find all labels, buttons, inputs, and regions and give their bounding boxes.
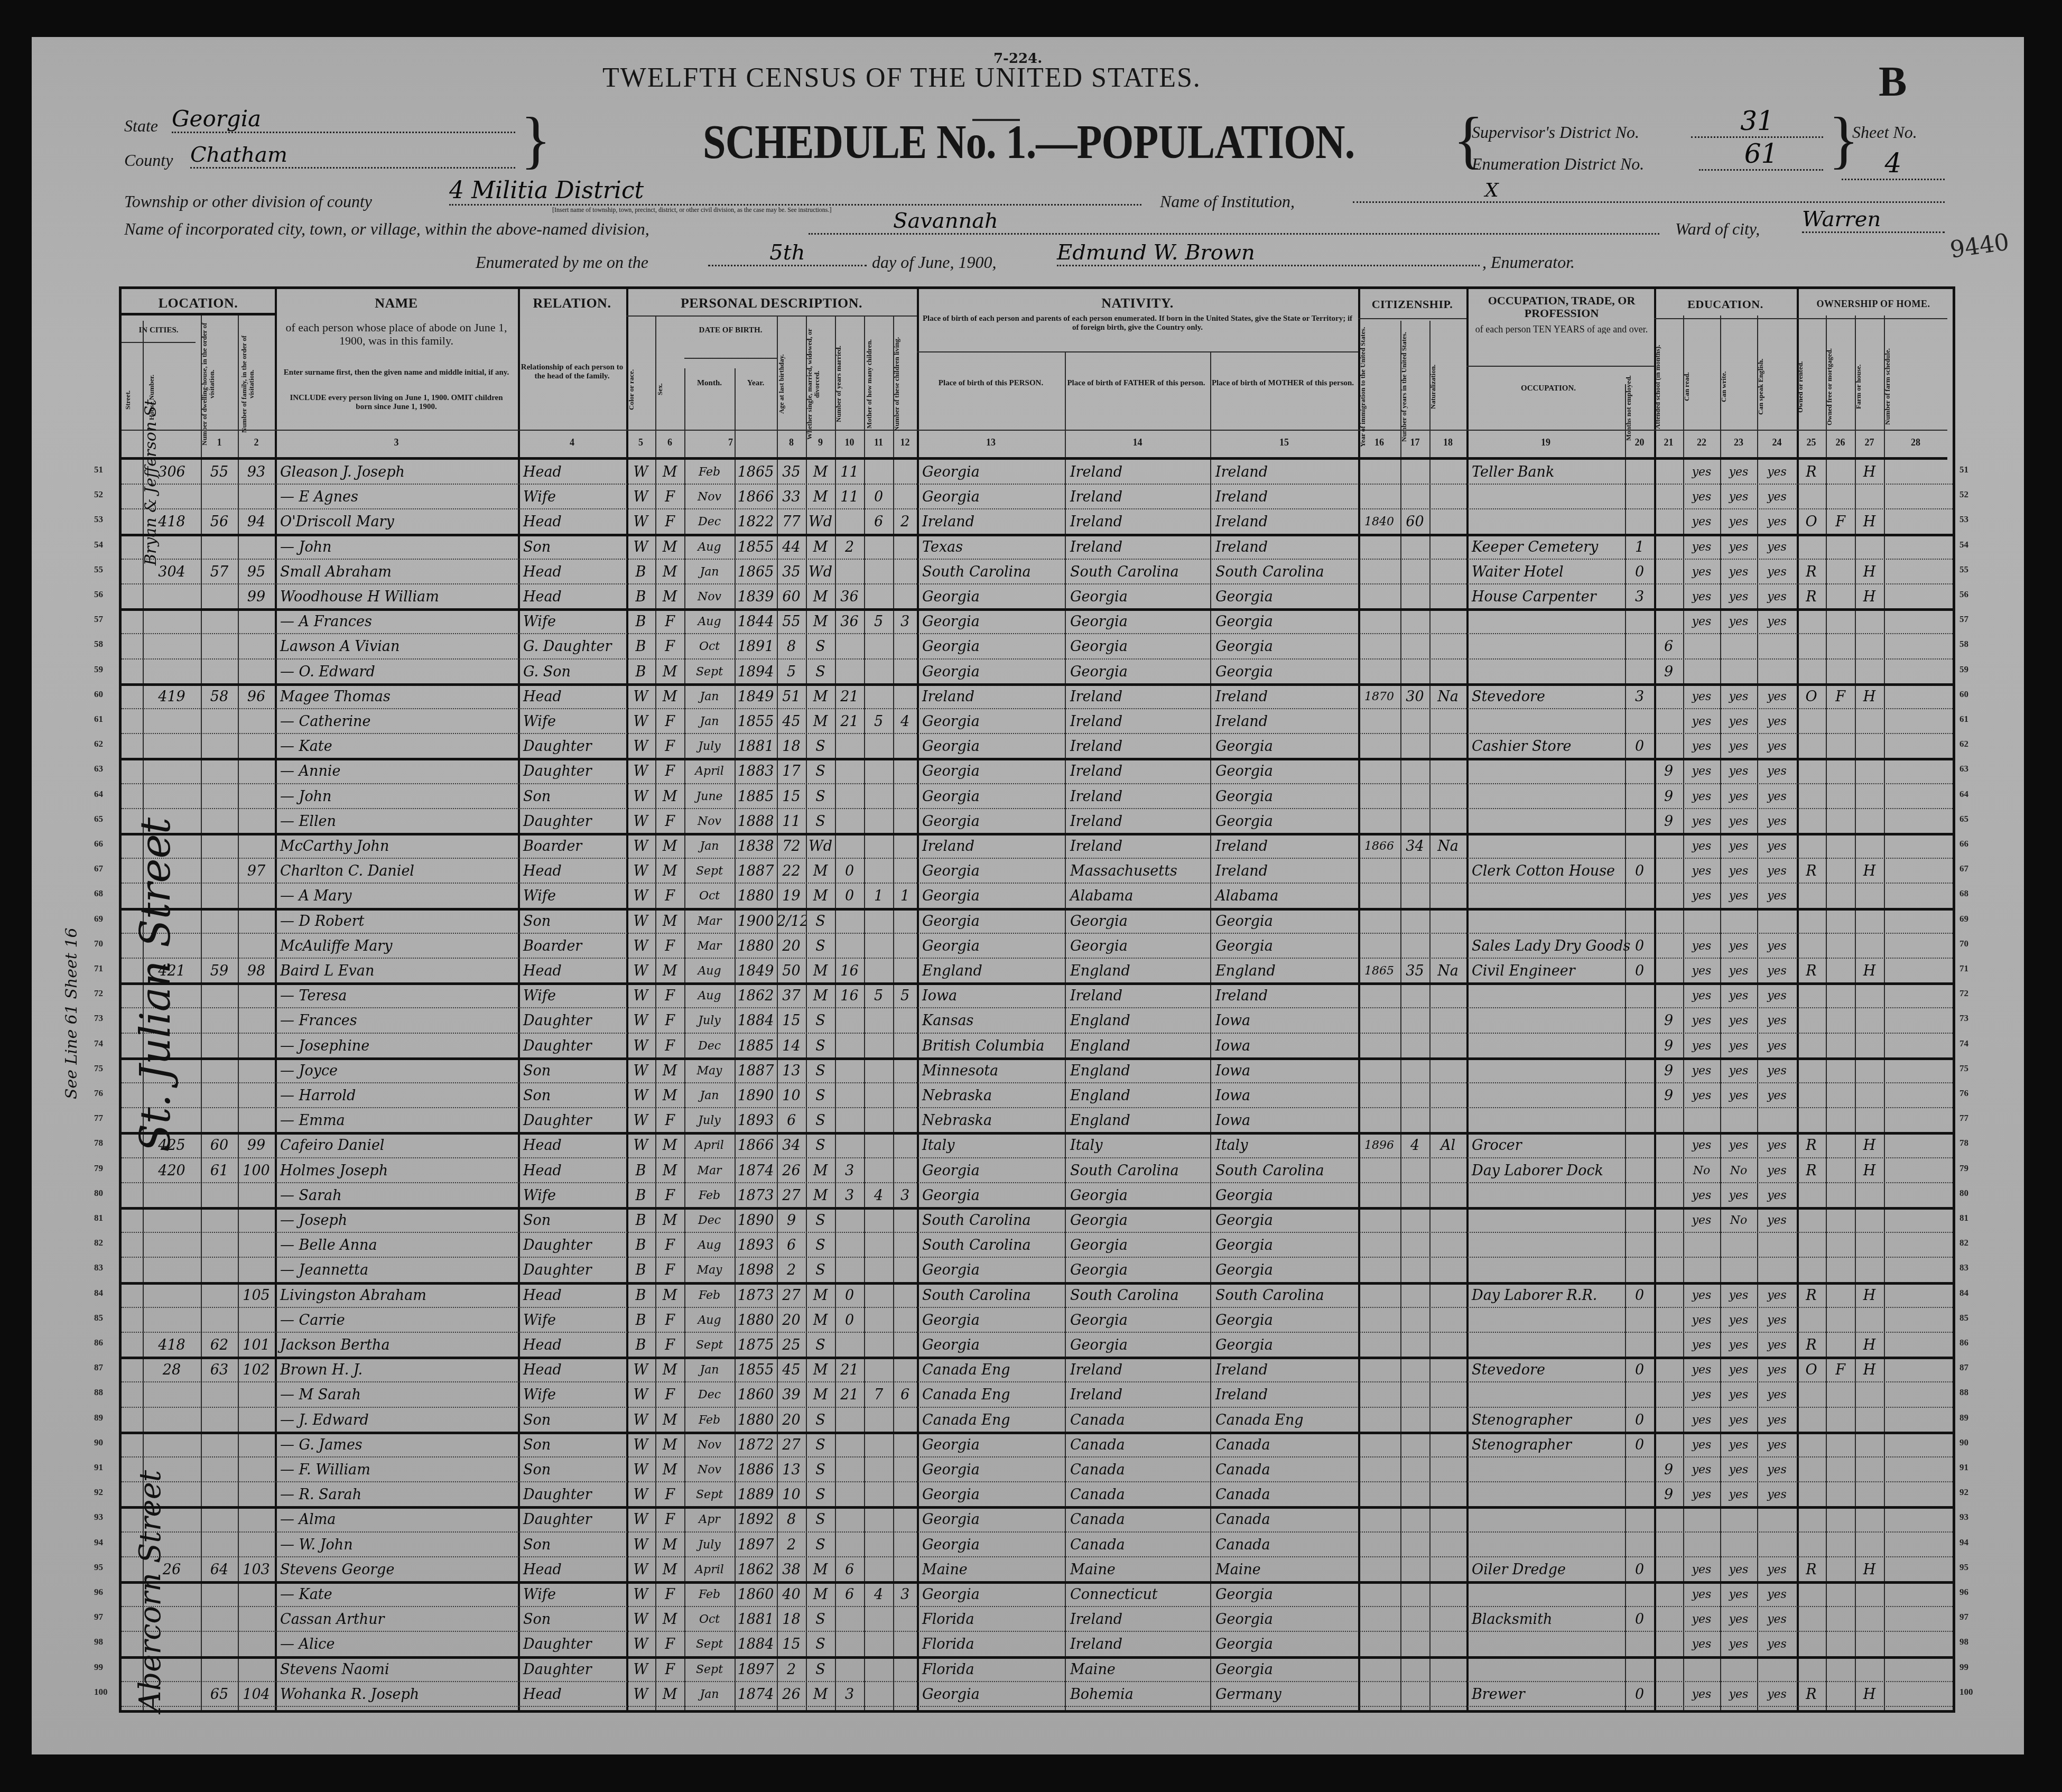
cell-relation[interactable]: Son xyxy=(518,1408,631,1433)
cell-free[interactable] xyxy=(1826,734,1855,759)
cell-marital[interactable]: M xyxy=(806,709,835,734)
cell-yrs-us[interactable]: 34 xyxy=(1400,834,1429,859)
cell-living[interactable] xyxy=(893,1108,917,1133)
cell-birth[interactable]: Texas xyxy=(917,535,1070,560)
cell-unemployed[interactable] xyxy=(1625,834,1654,859)
cell-natz[interactable] xyxy=(1429,1233,1466,1258)
cell-immig[interactable] xyxy=(1358,485,1400,509)
cell-color[interactable]: W xyxy=(626,759,655,784)
cell-natz[interactable] xyxy=(1429,734,1466,759)
cell-owned[interactable]: O xyxy=(1797,684,1826,709)
cell-unemployed[interactable] xyxy=(1625,784,1654,809)
cell-street[interactable] xyxy=(122,1158,143,1183)
cell-occupation[interactable] xyxy=(1466,1183,1630,1208)
cell-sex[interactable]: M xyxy=(655,584,684,609)
cell-unemployed[interactable] xyxy=(1625,1482,1654,1507)
cell-english[interactable]: yes xyxy=(1757,584,1797,609)
cell-yrs-married[interactable]: 0 xyxy=(835,1283,864,1308)
cell-street[interactable] xyxy=(122,1433,143,1457)
cell-school[interactable] xyxy=(1654,535,1683,560)
cell-unemployed[interactable]: 0 xyxy=(1625,1607,1654,1632)
cell-color[interactable]: W xyxy=(626,1533,655,1557)
cell-natz[interactable] xyxy=(1429,660,1466,684)
cell-month[interactable]: Aug xyxy=(684,1233,735,1258)
cell-yrs-us[interactable] xyxy=(1400,1183,1429,1208)
cell-schedule[interactable] xyxy=(1884,1682,1947,1707)
cell-age[interactable]: 20 xyxy=(777,1408,806,1433)
cell-house[interactable]: 28 xyxy=(143,1358,201,1382)
cell-school[interactable]: 9 xyxy=(1654,759,1683,784)
cell-relation[interactable]: Boarder xyxy=(518,834,631,859)
cell-dwelling[interactable] xyxy=(201,1208,238,1233)
cell-natz[interactable] xyxy=(1429,709,1466,734)
cell-marital[interactable]: M xyxy=(806,1183,835,1208)
cell-marital[interactable]: S xyxy=(806,734,835,759)
cell-year[interactable]: 1880 xyxy=(735,884,777,908)
cell-free[interactable] xyxy=(1826,1433,1855,1457)
cell-natz[interactable] xyxy=(1429,1557,1466,1582)
cell-read[interactable]: yes xyxy=(1683,684,1720,709)
cell-write[interactable]: yes xyxy=(1720,1008,1757,1033)
cell-mother-of[interactable] xyxy=(864,1408,893,1433)
cell-mother-of[interactable] xyxy=(864,460,893,485)
cell-owned[interactable] xyxy=(1797,759,1826,784)
cell-free[interactable] xyxy=(1826,1382,1855,1407)
cell-mother[interactable]: Canada xyxy=(1210,1433,1363,1457)
cell-owned[interactable] xyxy=(1797,1507,1826,1532)
cell-owned[interactable] xyxy=(1797,884,1826,908)
cell-school[interactable]: 9 xyxy=(1654,1008,1683,1033)
cell-sex[interactable]: M xyxy=(655,684,684,709)
cell-dwelling[interactable] xyxy=(201,834,238,859)
county-field[interactable]: Chatham xyxy=(190,143,515,169)
cell-mother-of[interactable] xyxy=(864,1607,893,1632)
cell-name[interactable]: — J. Edward xyxy=(275,1408,523,1433)
cell-read[interactable]: yes xyxy=(1683,1283,1720,1308)
cell-year[interactable]: 1872 xyxy=(735,1433,777,1457)
cell-living[interactable] xyxy=(893,560,917,584)
cell-marital[interactable]: M xyxy=(806,1283,835,1308)
cell-age[interactable]: 20 xyxy=(777,934,806,959)
cell-marital[interactable]: M xyxy=(806,1557,835,1582)
cell-owned[interactable] xyxy=(1797,1258,1826,1283)
cell-english[interactable]: yes xyxy=(1757,759,1797,784)
cell-farm[interactable] xyxy=(1855,909,1884,934)
cell-english[interactable] xyxy=(1757,1258,1797,1283)
cell-living[interactable] xyxy=(893,759,917,784)
cell-free[interactable] xyxy=(1826,1582,1855,1607)
cell-owned[interactable] xyxy=(1797,660,1826,684)
cell-family[interactable] xyxy=(238,1083,275,1108)
cell-father[interactable]: Ireland xyxy=(1065,684,1215,709)
cell-farm[interactable] xyxy=(1855,1083,1884,1108)
cell-relation[interactable]: Daughter xyxy=(518,759,631,784)
cell-sex[interactable]: F xyxy=(655,1183,684,1208)
cell-house[interactable] xyxy=(143,634,201,659)
cell-birth[interactable]: Canada Eng xyxy=(917,1382,1070,1407)
cell-free[interactable] xyxy=(1826,1283,1855,1308)
cell-schedule[interactable] xyxy=(1884,1108,1947,1133)
cell-free[interactable] xyxy=(1826,460,1855,485)
cell-schedule[interactable] xyxy=(1884,609,1947,634)
cell-occupation[interactable] xyxy=(1466,983,1630,1008)
cell-write[interactable]: yes xyxy=(1720,1382,1757,1407)
cell-schedule[interactable] xyxy=(1884,1158,1947,1183)
cell-yrs-us[interactable] xyxy=(1400,884,1429,908)
cell-year[interactable]: 1855 xyxy=(735,709,777,734)
cell-color[interactable]: W xyxy=(626,1433,655,1457)
cell-mother[interactable]: Canada Eng xyxy=(1210,1408,1363,1433)
cell-father[interactable]: Ireland xyxy=(1065,983,1215,1008)
cell-schedule[interactable] xyxy=(1884,1533,1947,1557)
cell-dwelling[interactable] xyxy=(201,485,238,509)
cell-living[interactable] xyxy=(893,1008,917,1033)
cell-mother[interactable]: Germany xyxy=(1210,1682,1363,1707)
cell-read[interactable]: yes xyxy=(1683,1632,1720,1657)
cell-family[interactable]: 101 xyxy=(238,1333,275,1358)
cell-street[interactable] xyxy=(122,634,143,659)
cell-owned[interactable] xyxy=(1797,1657,1826,1682)
cell-occupation[interactable] xyxy=(1466,1208,1630,1233)
cell-year[interactable]: 1897 xyxy=(735,1533,777,1557)
cell-read[interactable]: yes xyxy=(1683,884,1720,908)
cell-relation[interactable]: Head xyxy=(518,1333,631,1358)
cell-mother-of[interactable] xyxy=(864,1083,893,1108)
cell-house[interactable]: 419 xyxy=(143,684,201,709)
cell-relation[interactable]: Head xyxy=(518,509,631,534)
cell-mother[interactable]: Georgia xyxy=(1210,1258,1363,1283)
cell-farm[interactable]: H xyxy=(1855,959,1884,983)
cell-sex[interactable]: F xyxy=(655,1507,684,1532)
cell-dwelling[interactable] xyxy=(201,1108,238,1133)
cell-dwelling[interactable] xyxy=(201,535,238,560)
cell-natz[interactable] xyxy=(1429,1482,1466,1507)
cell-relation[interactable]: Wife xyxy=(518,709,631,734)
cell-unemployed[interactable] xyxy=(1625,1533,1654,1557)
cell-owned[interactable] xyxy=(1797,909,1826,934)
cell-sex[interactable]: F xyxy=(655,1034,684,1059)
cell-color[interactable]: W xyxy=(626,1507,655,1532)
cell-owned[interactable]: R xyxy=(1797,1557,1826,1582)
cell-free[interactable] xyxy=(1826,1457,1855,1482)
cell-farm[interactable]: H xyxy=(1855,560,1884,584)
cell-relation[interactable]: Head xyxy=(518,1133,631,1158)
cell-age[interactable]: 26 xyxy=(777,1682,806,1707)
cell-year[interactable]: 1865 xyxy=(735,560,777,584)
cell-owned[interactable] xyxy=(1797,1034,1826,1059)
cell-month[interactable]: Aug xyxy=(684,535,735,560)
cell-month[interactable]: Oct xyxy=(684,1607,735,1632)
cell-name[interactable]: — Sarah xyxy=(275,1183,523,1208)
cell-yrs-us[interactable] xyxy=(1400,1034,1429,1059)
cell-father[interactable]: Georgia xyxy=(1065,934,1215,959)
cell-yrs-us[interactable] xyxy=(1400,584,1429,609)
cell-write[interactable]: yes xyxy=(1720,485,1757,509)
cell-family[interactable]: 99 xyxy=(238,1133,275,1158)
cell-age[interactable]: 14 xyxy=(777,1034,806,1059)
cell-owned[interactable]: R xyxy=(1797,1133,1826,1158)
cell-immig[interactable] xyxy=(1358,1408,1400,1433)
cell-sex[interactable]: M xyxy=(655,1408,684,1433)
cell-farm[interactable] xyxy=(1855,709,1884,734)
cell-month[interactable]: Aug xyxy=(684,983,735,1008)
cell-birth[interactable]: British Columbia xyxy=(917,1034,1070,1059)
cell-color[interactable]: W xyxy=(626,1482,655,1507)
cell-father[interactable]: Ireland xyxy=(1065,509,1215,534)
cell-house[interactable] xyxy=(143,1408,201,1433)
cell-occupation[interactable] xyxy=(1466,1482,1630,1507)
cell-name[interactable]: — Josephine xyxy=(275,1034,523,1059)
cell-house[interactable] xyxy=(143,784,201,809)
cell-english[interactable]: yes xyxy=(1757,509,1797,534)
cell-living[interactable] xyxy=(893,1507,917,1532)
cell-year[interactable]: 1890 xyxy=(735,1208,777,1233)
cell-mother[interactable]: Georgia xyxy=(1210,1632,1363,1657)
cell-dwelling[interactable] xyxy=(201,1183,238,1208)
cell-occupation[interactable] xyxy=(1466,1008,1630,1033)
cell-marital[interactable]: S xyxy=(806,1607,835,1632)
cell-dwelling[interactable] xyxy=(201,1657,238,1682)
cell-living[interactable] xyxy=(893,1457,917,1482)
cell-mother[interactable]: Italy xyxy=(1210,1133,1363,1158)
cell-read[interactable] xyxy=(1683,1507,1720,1532)
cell-father[interactable]: Bohemia xyxy=(1065,1682,1215,1707)
cell-family[interactable] xyxy=(238,1533,275,1557)
cell-dwelling[interactable] xyxy=(201,1382,238,1407)
sheet-field[interactable]: 4 xyxy=(1842,148,1945,180)
cell-marital[interactable]: M xyxy=(806,1582,835,1607)
cell-occupation[interactable] xyxy=(1466,1507,1630,1532)
cell-yrs-married[interactable] xyxy=(835,1607,864,1632)
cell-school[interactable] xyxy=(1654,684,1683,709)
cell-english[interactable]: yes xyxy=(1757,1358,1797,1382)
cell-marital[interactable]: S xyxy=(806,660,835,684)
cell-father[interactable]: Canada xyxy=(1065,1457,1215,1482)
cell-year[interactable]: 1880 xyxy=(735,934,777,959)
cell-free[interactable] xyxy=(1826,1208,1855,1233)
cell-month[interactable]: Aug xyxy=(684,609,735,634)
cell-write[interactable] xyxy=(1720,1233,1757,1258)
cell-dwelling[interactable] xyxy=(201,1283,238,1308)
cell-schedule[interactable] xyxy=(1884,1632,1947,1657)
cell-marital[interactable]: M xyxy=(806,1358,835,1382)
cell-year[interactable]: 1880 xyxy=(735,1308,777,1333)
cell-year[interactable]: 1881 xyxy=(735,1607,777,1632)
cell-family[interactable] xyxy=(238,1382,275,1407)
cell-month[interactable]: Jan xyxy=(684,834,735,859)
cell-family[interactable] xyxy=(238,1258,275,1283)
cell-unemployed[interactable] xyxy=(1625,609,1654,634)
cell-english[interactable]: yes xyxy=(1757,535,1797,560)
cell-write[interactable]: yes xyxy=(1720,1034,1757,1059)
cell-birth[interactable]: Georgia xyxy=(917,1482,1070,1507)
cell-living[interactable]: 6 xyxy=(893,1382,917,1407)
cell-age[interactable]: 2 xyxy=(777,1657,806,1682)
cell-yrs-married[interactable] xyxy=(835,1059,864,1083)
cell-yrs-married[interactable] xyxy=(835,1408,864,1433)
cell-schedule[interactable] xyxy=(1884,959,1947,983)
cell-month[interactable]: June xyxy=(684,784,735,809)
cell-birth[interactable]: Florida xyxy=(917,1632,1070,1657)
cell-write[interactable]: yes xyxy=(1720,609,1757,634)
cell-mother-of[interactable]: 7 xyxy=(864,1382,893,1407)
cell-occupation[interactable] xyxy=(1466,1083,1630,1108)
cell-sex[interactable]: M xyxy=(655,560,684,584)
cell-immig[interactable] xyxy=(1358,1657,1400,1682)
cell-write[interactable]: yes xyxy=(1720,1059,1757,1083)
cell-unemployed[interactable] xyxy=(1625,660,1654,684)
cell-street[interactable] xyxy=(122,584,143,609)
cell-school[interactable] xyxy=(1654,1183,1683,1208)
cell-owned[interactable] xyxy=(1797,634,1826,659)
cell-relation[interactable]: Daughter xyxy=(518,1233,631,1258)
cell-father[interactable]: Connecticut xyxy=(1065,1582,1215,1607)
cell-write[interactable]: yes xyxy=(1720,983,1757,1008)
cell-father[interactable]: England xyxy=(1065,1083,1215,1108)
cell-age[interactable]: 20 xyxy=(777,1308,806,1333)
cell-yrs-us[interactable] xyxy=(1400,1482,1429,1507)
cell-immig[interactable] xyxy=(1358,1482,1400,1507)
cell-birth[interactable]: South Carolina xyxy=(917,1208,1070,1233)
cell-yrs-married[interactable] xyxy=(835,1632,864,1657)
cell-year[interactable]: 1839 xyxy=(735,584,777,609)
cell-read[interactable]: yes xyxy=(1683,609,1720,634)
cell-marital[interactable]: S xyxy=(806,1083,835,1108)
cell-write[interactable]: yes xyxy=(1720,1083,1757,1108)
cell-dwelling[interactable] xyxy=(201,1607,238,1632)
cell-relation[interactable]: Son xyxy=(518,784,631,809)
cell-street[interactable] xyxy=(122,759,143,784)
cell-read[interactable]: yes xyxy=(1683,1308,1720,1333)
cell-year[interactable]: 1892 xyxy=(735,1507,777,1532)
cell-age[interactable]: 10 xyxy=(777,1482,806,1507)
cell-owned[interactable]: R xyxy=(1797,460,1826,485)
cell-birth[interactable]: Georgia xyxy=(917,1682,1070,1707)
cell-schedule[interactable] xyxy=(1884,1233,1947,1258)
cell-family[interactable] xyxy=(238,660,275,684)
cell-living[interactable] xyxy=(893,834,917,859)
cell-school[interactable] xyxy=(1654,1657,1683,1682)
cell-school[interactable] xyxy=(1654,1308,1683,1333)
cell-month[interactable]: Sept xyxy=(684,1482,735,1507)
cell-living[interactable] xyxy=(893,1233,917,1258)
cell-free[interactable] xyxy=(1826,1034,1855,1059)
cell-free[interactable] xyxy=(1826,884,1855,908)
cell-birth[interactable]: Nebraska xyxy=(917,1083,1070,1108)
cell-write[interactable] xyxy=(1720,1258,1757,1283)
cell-mother[interactable]: Georgia xyxy=(1210,634,1363,659)
cell-marital[interactable]: S xyxy=(806,1657,835,1682)
cell-mother[interactable]: Ireland xyxy=(1210,983,1363,1008)
cell-owned[interactable]: R xyxy=(1797,1283,1826,1308)
cell-unemployed[interactable]: 0 xyxy=(1625,1433,1654,1457)
cell-father[interactable]: Ireland xyxy=(1065,784,1215,809)
cell-school[interactable] xyxy=(1654,709,1683,734)
township-field[interactable]: 4 Militia District xyxy=(449,177,1141,206)
cell-owned[interactable]: R xyxy=(1797,560,1826,584)
cell-yrs-us[interactable] xyxy=(1400,983,1429,1008)
cell-english[interactable]: yes xyxy=(1757,1008,1797,1033)
cell-yrs-married[interactable]: 11 xyxy=(835,460,864,485)
cell-schedule[interactable] xyxy=(1884,1607,1947,1632)
cell-owned[interactable] xyxy=(1797,1059,1826,1083)
cell-birth[interactable]: Florida xyxy=(917,1657,1070,1682)
cell-natz[interactable] xyxy=(1429,1333,1466,1358)
cell-year[interactable]: 1881 xyxy=(735,734,777,759)
cell-name[interactable]: Cafeiro Daniel xyxy=(275,1133,523,1158)
cell-dwelling[interactable] xyxy=(201,1083,238,1108)
cell-sex[interactable]: F xyxy=(655,1233,684,1258)
cell-street[interactable] xyxy=(122,1208,143,1233)
cell-english[interactable]: yes xyxy=(1757,1433,1797,1457)
cell-read[interactable] xyxy=(1683,909,1720,934)
cell-english[interactable]: yes xyxy=(1757,1208,1797,1233)
cell-free[interactable] xyxy=(1826,1133,1855,1158)
cell-house[interactable]: 420 xyxy=(143,1158,201,1183)
cell-age[interactable]: 39 xyxy=(777,1382,806,1407)
cell-father[interactable]: England xyxy=(1065,1008,1215,1033)
cell-family[interactable] xyxy=(238,983,275,1008)
cell-age[interactable]: 44 xyxy=(777,535,806,560)
cell-birth[interactable]: Ireland xyxy=(917,834,1070,859)
cell-schedule[interactable] xyxy=(1884,1308,1947,1333)
cell-birth[interactable]: Georgia xyxy=(917,1183,1070,1208)
cell-relation[interactable]: Wife xyxy=(518,485,631,509)
cell-dwelling[interactable] xyxy=(201,1034,238,1059)
cell-father[interactable]: Ireland xyxy=(1065,1632,1215,1657)
cell-age[interactable]: 15 xyxy=(777,1008,806,1033)
cell-yrs-married[interactable] xyxy=(835,759,864,784)
cell-birth[interactable]: England xyxy=(917,959,1070,983)
cell-farm[interactable] xyxy=(1855,1582,1884,1607)
cell-farm[interactable] xyxy=(1855,983,1884,1008)
cell-name[interactable]: — D Robert xyxy=(275,909,523,934)
cell-relation[interactable]: Son xyxy=(518,1457,631,1482)
cell-read[interactable]: yes xyxy=(1683,934,1720,959)
cell-occupation[interactable]: Stevedore xyxy=(1466,1358,1630,1382)
cell-yrs-married[interactable] xyxy=(835,1657,864,1682)
cell-father[interactable]: Georgia xyxy=(1065,584,1215,609)
cell-mother[interactable]: Georgia xyxy=(1210,609,1363,634)
cell-color[interactable]: B xyxy=(626,1283,655,1308)
cell-owned[interactable] xyxy=(1797,809,1826,834)
cell-father[interactable]: Georgia xyxy=(1065,609,1215,634)
cell-sex[interactable]: M xyxy=(655,1083,684,1108)
cell-living[interactable] xyxy=(893,1059,917,1083)
cell-mother[interactable]: Iowa xyxy=(1210,1059,1363,1083)
cell-family[interactable] xyxy=(238,1607,275,1632)
cell-schedule[interactable] xyxy=(1884,809,1947,834)
cell-month[interactable]: Sept xyxy=(684,660,735,684)
cell-living[interactable] xyxy=(893,1034,917,1059)
cell-street[interactable] xyxy=(122,709,143,734)
cell-yrs-married[interactable] xyxy=(835,1034,864,1059)
cell-mother-of[interactable] xyxy=(864,1308,893,1333)
cell-school[interactable] xyxy=(1654,884,1683,908)
cell-year[interactable]: 1890 xyxy=(735,1083,777,1108)
cell-year[interactable]: 1822 xyxy=(735,509,777,534)
city-field[interactable]: Savannah xyxy=(809,209,1659,235)
cell-year[interactable]: 1886 xyxy=(735,1457,777,1482)
cell-color[interactable]: W xyxy=(626,983,655,1008)
cell-yrs-us[interactable] xyxy=(1400,1358,1429,1382)
cell-immig[interactable] xyxy=(1358,1557,1400,1582)
cell-yrs-us[interactable] xyxy=(1400,1533,1429,1557)
cell-schedule[interactable] xyxy=(1884,1034,1947,1059)
cell-living[interactable] xyxy=(893,909,917,934)
cell-month[interactable]: Jan xyxy=(684,1358,735,1382)
cell-yrs-us[interactable] xyxy=(1400,460,1429,485)
